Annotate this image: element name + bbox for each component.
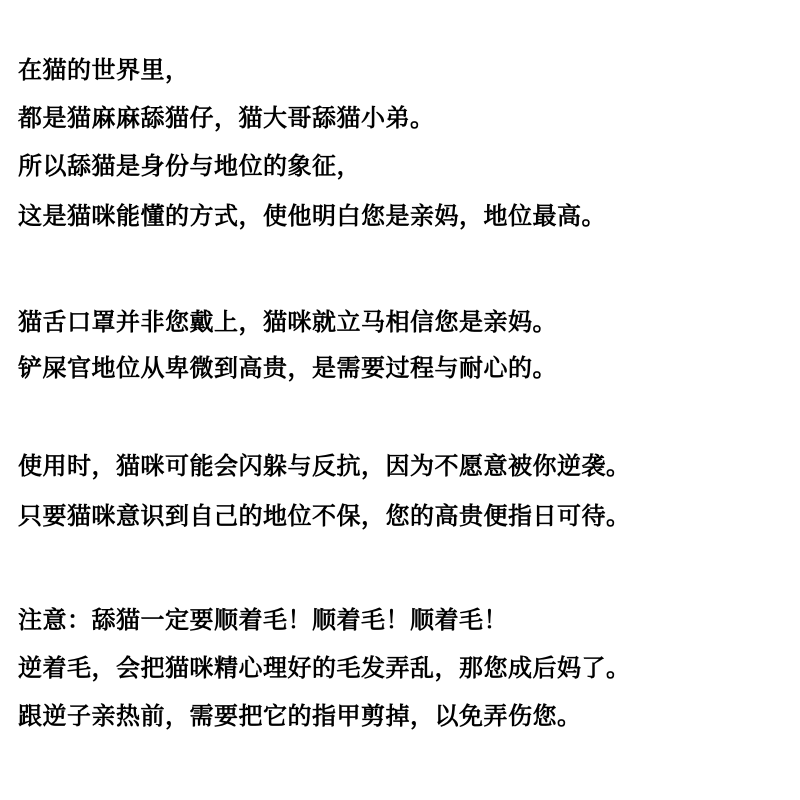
text-line: 都是猫麻麻舔猫仔，猫大哥舔猫小弟。 xyxy=(18,103,435,133)
text-line: 猫舌口罩并非您戴上，猫咪就立马相信您是亲妈。 xyxy=(18,307,557,337)
text-line: 铲屎官地位从卑微到高贵，是需要过程与耐心的。 xyxy=(18,353,557,383)
text-line: 使用时，猫咪可能会闪躲与反抗，因为不愿意被你逆袭。 xyxy=(18,451,631,481)
text-line: 跟逆子亲热前，需要把它的指甲剪掉，以免弄伤您。 xyxy=(18,701,582,731)
text-line: 在猫的世界里， xyxy=(18,55,190,85)
text-line: 这是猫咪能懂的方式，使他明白您是亲妈，地位最高。 xyxy=(18,201,606,231)
text-line: 注意：舔猫一定要顺着毛！顺着毛！顺着毛！ xyxy=(18,605,508,635)
text-line: 只要猫咪意识到自己的地位不保，您的高贵便指日可待。 xyxy=(18,501,631,531)
text-line: 逆着毛，会把猫咪精心理好的毛发弄乱，那您成后妈了。 xyxy=(18,653,631,683)
text-line: 所以舔猫是身份与地位的象征， xyxy=(18,151,361,181)
